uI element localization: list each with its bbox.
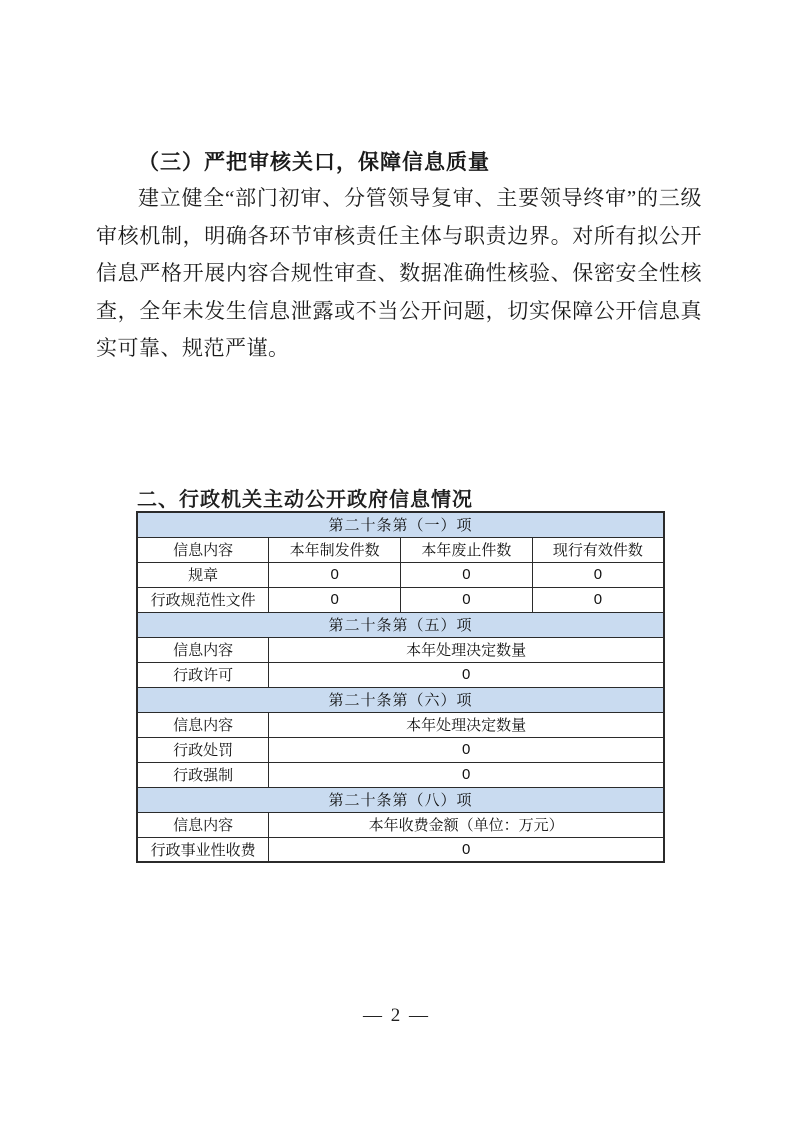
cell-value: 0 [269,762,664,787]
section-two-heading: 二、行政机关主动公开政府信息情况 [137,483,473,512]
table-row: 行政许可 0 [137,662,664,687]
column-header: 本年收费金额（单位：万元） [269,812,664,837]
column-header: 本年处理决定数量 [269,712,664,737]
cell-value: 0 [269,587,401,612]
table-row: 行政规范性文件 0 0 0 [137,587,664,612]
subsection-heading: （三）严把审核关口，保障信息质量 [96,146,700,176]
column-header: 本年废止件数 [401,537,533,562]
cell-value: 0 [401,562,533,587]
table-band-row: 第二十条第（五）项 [137,612,664,637]
row-label: 行政事业性收费 [137,837,269,862]
cell-value: 0 [532,587,664,612]
table-row: 行政处罚 0 [137,737,664,762]
row-label: 行政许可 [137,662,269,687]
cell-value: 0 [269,737,664,762]
column-header: 现行有效件数 [532,537,664,562]
disclosure-table: 第二十条第（一）项 信息内容 本年制发件数 本年废止件数 现行有效件数 规章 0… [136,511,665,863]
column-header: 信息内容 [137,812,269,837]
row-label: 规章 [137,562,269,587]
table-row: 规章 0 0 0 [137,562,664,587]
row-label: 行政强制 [137,762,269,787]
band-label: 第二十条第（五）项 [137,612,664,637]
table-header-row: 信息内容 本年处理决定数量 [137,712,664,737]
document-page: （三）严把审核关口，保障信息质量 建立健全“部门初审、分管领导复审、主要领导终审… [0,0,793,1122]
table-band-row: 第二十条第（八）项 [137,787,664,812]
table-row: 行政事业性收费 0 [137,837,664,862]
page-number: — 2 — [0,1005,793,1027]
cell-value: 0 [269,562,401,587]
cell-value: 0 [532,562,664,587]
table-header-row: 信息内容 本年收费金额（单位：万元） [137,812,664,837]
table-header-row: 信息内容 本年制发件数 本年废止件数 现行有效件数 [137,537,664,562]
table-band-row: 第二十条第（六）项 [137,687,664,712]
band-label: 第二十条第（八）项 [137,787,664,812]
row-label: 行政规范性文件 [137,587,269,612]
table-band-row: 第二十条第（一）项 [137,512,664,537]
table-header-row: 信息内容 本年处理决定数量 [137,637,664,662]
column-header: 信息内容 [137,537,269,562]
column-header: 信息内容 [137,712,269,737]
cell-value: 0 [269,662,664,687]
band-label: 第二十条第（六）项 [137,687,664,712]
cell-value: 0 [401,587,533,612]
band-label: 第二十条第（一）项 [137,512,664,537]
row-label: 行政处罚 [137,737,269,762]
column-header: 本年制发件数 [269,537,401,562]
body-paragraph: 建立健全“部门初审、分管领导复审、主要领导终审”的三级审核机制，明确各环节审核责… [96,180,702,368]
cell-value: 0 [269,837,664,862]
column-header: 本年处理决定数量 [269,637,664,662]
column-header: 信息内容 [137,637,269,662]
table-row: 行政强制 0 [137,762,664,787]
